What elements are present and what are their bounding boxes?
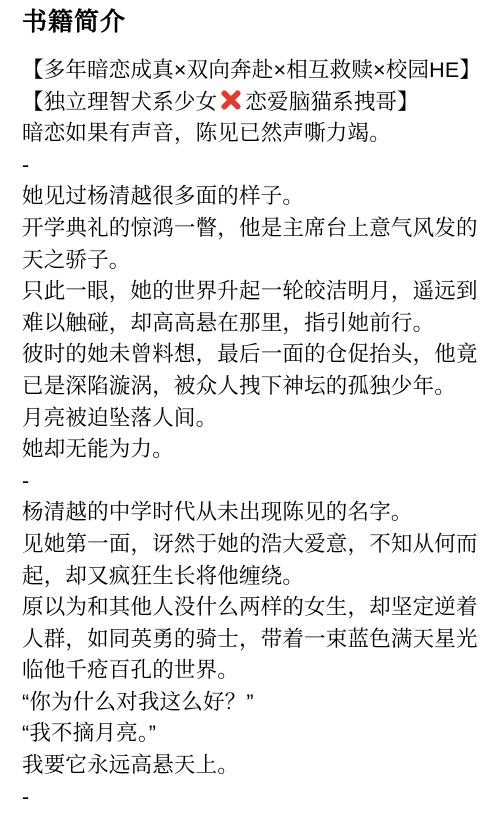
paragraph-list: 暗恋如果有声音，陈见已然声嘶力竭。-她见过杨清越很多面的样子。开学典礼的惊鸿一瞥…	[22, 118, 480, 813]
paragraph-line: “我不摘月亮。”	[22, 718, 480, 750]
paragraph-line: 月亮被迫坠落人间。	[22, 403, 480, 435]
paragraph-line: 彼时的她未曾料想，最后一面的仓促抬头，他竟已是深陷漩涡，被众人拽下神坛的孤独少年…	[22, 339, 480, 402]
paragraph-line: 见她第一面，讶然于她的浩大爱意，不知从何而起，却又疯狂生长将他缠绕。	[22, 529, 480, 592]
paragraph-line: 她却无能为力。	[22, 434, 480, 466]
separator-dash: -	[22, 150, 480, 182]
paragraph-line: 我要它永远高悬天上。	[22, 750, 480, 782]
red-cross-mark-icon	[218, 87, 244, 113]
page-title: 书籍简介	[22, 6, 480, 38]
tags-line-2-after: 恋爱脑猫系拽哥】	[245, 90, 419, 114]
paragraph-line: 原以为和其他人没什么两样的女生，却坚定逆着人群，如同英勇的骑士，带着一束蓝色满天…	[22, 592, 480, 687]
tags-line-2: 【独立理智犬系少女 恋爱脑猫系拽哥】	[22, 87, 480, 119]
tags-line-2-before: 【独立理智犬系少女	[22, 90, 217, 114]
book-intro-document: 书籍简介 【多年暗恋成真×双向奔赴×相互救赎×校园HE】 【独立理智犬系少女 恋…	[0, 0, 500, 816]
paragraph-line: “你为什么对我这么好？”	[22, 687, 480, 719]
paragraph-line: 开学典礼的惊鸿一瞥，他是主席台上意气风发的天之骄子。	[22, 213, 480, 276]
separator-dash: -	[22, 466, 480, 498]
paragraph-line: 她见过杨清越很多面的样子。	[22, 181, 480, 213]
paragraph-line: 只此一眼，她的世界升起一轮皎洁明月，遥远到难以触碰，却高高悬在那里，指引她前行。	[22, 276, 480, 339]
paragraph-line: 杨清越的中学时代从未出现陈见的名字。	[22, 497, 480, 529]
tags-line-1: 【多年暗恋成真×双向奔赴×相互救赎×校园HE】	[22, 55, 480, 87]
separator-dash: -	[22, 782, 480, 814]
paragraph-line: 暗恋如果有声音，陈见已然声嘶力竭。	[22, 118, 480, 150]
